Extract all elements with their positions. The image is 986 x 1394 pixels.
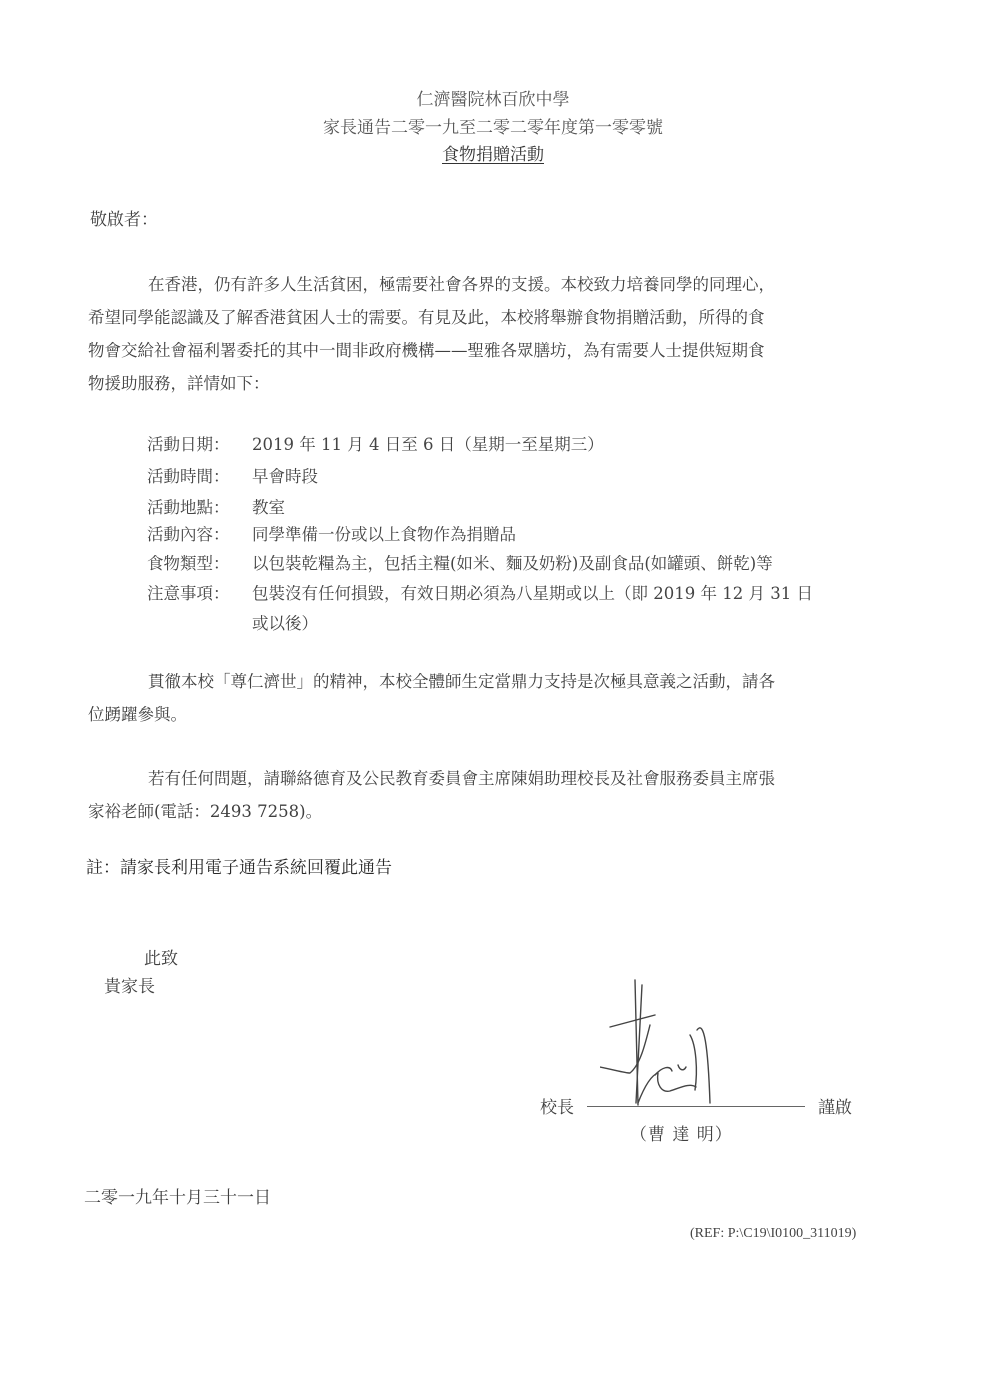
detail-label: 食物類型： xyxy=(147,547,252,580)
notice-title-text: 食物捐贈活動 xyxy=(442,145,544,165)
paragraph-line: 希望同學能認識及了解香港貧困人士的需要。有見及此，本校將舉辦食物捐贈活動，所得的… xyxy=(88,301,908,334)
detail-label: 注意事項： xyxy=(147,577,252,610)
detail-row-food-type: 食物類型： 以包裝乾糧為主，包括主糧(如米、麵及奶粉)及副食品(如罐頭、餅乾)等 xyxy=(147,547,773,580)
school-name: 仁濟醫院林百欣中學 xyxy=(0,88,986,112)
paragraph-line: 在香港，仍有許多人生活貧困，極需要社會各界的支援。本校致力培養同學的同理心， xyxy=(88,268,908,301)
detail-row-notes-cont: 或以後） xyxy=(252,607,318,640)
detail-value: 包裝沒有任何損毀，有效日期必須為八星期或以上（即 2019 年 12 月 31 … xyxy=(252,577,813,610)
detail-value: 2019 年 11 月 4 日至 6 日（星期一至星期三） xyxy=(252,428,604,461)
paragraph-line: 物援助服務，詳情如下： xyxy=(88,367,908,400)
detail-row-date: 活動日期： 2019 年 11 月 4 日至 6 日（星期一至星期三） xyxy=(147,428,604,461)
detail-row-time: 活動時間： 早會時段 xyxy=(147,460,318,493)
reference-code: (REF: P:\C19\I0100_311019) xyxy=(690,1226,856,1242)
signature-role: 校長 xyxy=(540,1093,574,1118)
paragraph-line: 家裕老師(電話：2493 7258)。 xyxy=(88,795,908,828)
notice-title: 食物捐贈活動 xyxy=(0,143,986,167)
intro-paragraph: 在香港，仍有許多人生活貧困，極需要社會各界的支援。本校致力培養同學的同理心， 希… xyxy=(88,268,908,400)
detail-label: 活動時間： xyxy=(147,460,252,493)
principal-name: （曹 達 明） xyxy=(630,1120,733,1145)
contact-paragraph: 若有任何問題，請聯絡德育及公民教育委員會主席陳娟助理校長及社會服務委員主席張 家… xyxy=(88,762,908,828)
spirit-paragraph: 貫徹本校「尊仁濟世」的精神，本校全體師生定當鼎力支持是次極具意義之活動，請各 位… xyxy=(88,665,908,731)
notice-date: 二零一九年十月三十一日 xyxy=(84,1183,271,1208)
signature-closing: 謹啟 xyxy=(818,1093,852,1118)
closing-line-2: 貴家長 xyxy=(104,972,155,997)
reply-note: 註：請家長利用電子通告系統回覆此通告 xyxy=(86,853,392,878)
detail-value: 早會時段 xyxy=(252,460,318,493)
detail-row-notes: 注意事項： 包裝沒有任何損毀，有效日期必須為八星期或以上（即 2019 年 12… xyxy=(147,577,813,610)
paragraph-line: 若有任何問題，請聯絡德育及公民教育委員會主席陳娟助理校長及社會服務委員主席張 xyxy=(88,762,908,795)
detail-value-continued: 或以後） xyxy=(252,607,318,640)
signature-scribble-icon xyxy=(600,975,750,1110)
paragraph-line: 物會交給社會福利署委托的其中一間非政府機構——聖雅各眾膳坊，為有需要人士提供短期… xyxy=(88,334,908,367)
paragraph-line: 位踴躍參與。 xyxy=(88,698,908,731)
detail-value: 以包裝乾糧為主，包括主糧(如米、麵及奶粉)及副食品(如罐頭、餅乾)等 xyxy=(252,547,773,580)
closing-line-1: 此致 xyxy=(144,944,178,969)
salutation: 敬啟者： xyxy=(90,205,158,230)
detail-label: 活動日期： xyxy=(147,428,252,461)
notice-number: 家長通告二零一九至二零二零年度第一零零號 xyxy=(0,116,986,140)
paragraph-line: 貫徹本校「尊仁濟世」的精神，本校全體師生定當鼎力支持是次極具意義之活動，請各 xyxy=(88,665,908,698)
